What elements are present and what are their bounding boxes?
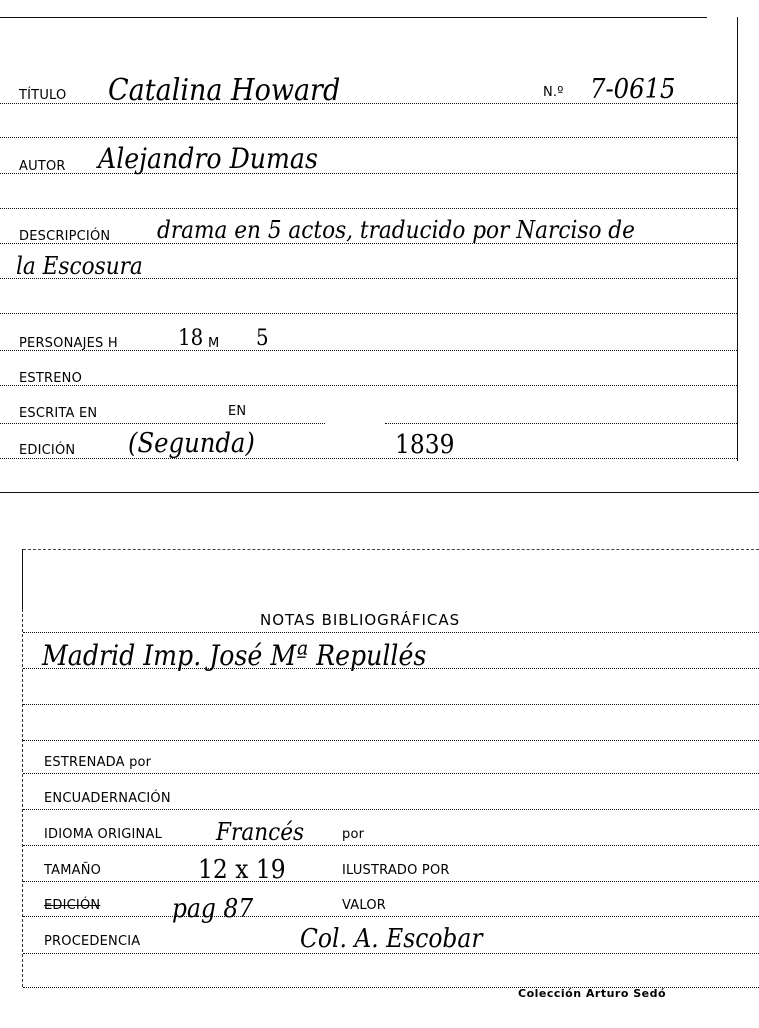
row-line-estreno <box>0 385 737 386</box>
card-top-border <box>23 549 759 550</box>
value-titulo: Catalina Howard <box>108 76 340 106</box>
label-titulo: TÍTULO <box>19 89 66 102</box>
value-idioma-original: Francés <box>216 820 304 844</box>
label-ilustrado-por: ILUSTRADO POR <box>342 864 450 877</box>
value-descripcion-1: drama en 5 actos, traducido por Narciso … <box>157 218 635 242</box>
label-descripcion: DESCRIPCIÓN <box>19 230 110 243</box>
value-edicion: (Segunda) <box>128 430 255 457</box>
label-idioma-original: IDIOMA ORIGINAL <box>44 828 162 841</box>
label-estrenada-por: ESTRENADA por <box>44 756 151 769</box>
row-line <box>0 137 737 138</box>
value-descripcion-2: la Escosura <box>16 254 143 278</box>
row-line <box>0 313 737 314</box>
card-left-border-dotted <box>22 609 23 987</box>
label-edicion: EDICIÓN <box>19 444 75 457</box>
row-line-edicion <box>23 916 759 917</box>
value-personajes-m: 5 <box>256 328 269 350</box>
row-line-escrita-right <box>385 423 737 424</box>
value-numero: 7-0615 <box>590 76 676 103</box>
label-tamano: TAMAÑO <box>44 864 101 877</box>
row-line-tamano <box>23 881 759 882</box>
label-personajes-m: M <box>208 337 219 350</box>
label-personajes-h: PERSONAJES H <box>19 337 118 350</box>
label-numero: N.º <box>543 86 564 99</box>
row-line <box>23 740 759 741</box>
label-encuadernacion: ENCUADERNACIÓN <box>44 792 171 805</box>
value-autor: Alejandro Dumas <box>98 145 318 173</box>
value-procedencia: Col. A. Escobar <box>300 926 483 952</box>
value-tamano: 12 x 19 <box>198 857 286 883</box>
label-autor: AUTOR <box>19 160 66 173</box>
value-edicion-year: 1839 <box>395 432 455 458</box>
card-right-border <box>737 17 738 461</box>
collection-footer: Colección Arturo Sedó <box>518 988 666 999</box>
label-escrita-en: ESCRITA EN <box>19 407 97 420</box>
row-line-edicion <box>0 458 737 459</box>
label-edicion-struck: EDICIÓN <box>44 899 100 912</box>
value-notas: Madrid Imp. José Mª Repullés <box>42 642 426 670</box>
label-en: EN <box>228 405 246 418</box>
value-personajes-h: 18 <box>178 328 203 350</box>
value-edicion: pag 87 <box>172 896 253 922</box>
row-line-notas <box>23 632 759 633</box>
label-procedencia: PROCEDENCIA <box>44 935 140 948</box>
card-bottom-edge <box>0 492 759 493</box>
row-line <box>23 704 759 705</box>
row-line-escrita <box>0 423 325 424</box>
label-idioma-por: por <box>342 828 364 841</box>
row-line-encuadernacion <box>23 809 759 810</box>
row-line-estrenada <box>23 773 759 774</box>
card-left-border <box>22 549 23 609</box>
notas-heading: NOTAS BIBLIOGRÁFICAS <box>260 613 460 628</box>
card-top-border <box>0 17 707 18</box>
row-line <box>0 208 737 209</box>
label-valor: VALOR <box>342 899 386 912</box>
label-estreno: ESTRENO <box>19 372 82 385</box>
row-line-idioma <box>23 845 759 846</box>
